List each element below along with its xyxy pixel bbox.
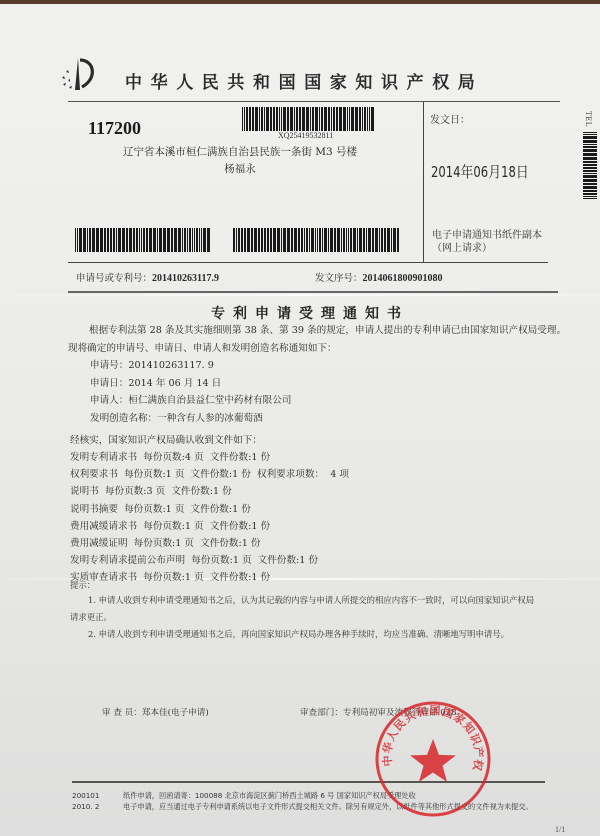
postcode: 117200 xyxy=(88,118,141,139)
list-item: 说明书摘要 每份页数:1 页 文件份数:1 份 xyxy=(70,501,349,518)
barcode-caption: XQ25419532811 xyxy=(278,131,333,140)
serial-number-row: 发文序号：2014061800901080 xyxy=(315,270,443,284)
paper-fold xyxy=(0,294,600,296)
page-number: 1/1 xyxy=(555,825,565,834)
mailing-address: 辽宁省本溪市桓仁满族自治县民族一条街 M3 号楼 杨福永 xyxy=(120,144,360,178)
application-number-row: 申请号或专利号：201410263117.9 xyxy=(76,270,219,284)
application-number: 201410263117.9 xyxy=(152,273,219,284)
notice-title: 专利申请受理通知书 xyxy=(0,303,600,323)
application-barcode xyxy=(75,228,211,252)
cnipa-logo-icon xyxy=(58,56,104,92)
examiner-row: 审 查 员：郑本佳(电子申请) xyxy=(102,706,209,718)
header-divider xyxy=(68,101,560,102)
copy-note: 电子申请通知书纸件副本（网上请求） xyxy=(432,229,550,255)
field-application-no: 申请号：201410263117. 9 xyxy=(90,357,291,375)
examiner-label: 审 查 员： xyxy=(102,708,142,718)
meta-divider-top xyxy=(68,262,548,263)
official-seal-icon: 中华人民共和国国家知识产权局 xyxy=(373,699,493,819)
side-code: TEL xyxy=(584,111,592,127)
list-item: 费用减缓请求书 每份页数:1 页 文件份数:1 份 xyxy=(70,518,349,535)
application-fields: 申请号：201410263117. 9 申请日：2014 年 06 月 14 日… xyxy=(90,357,291,427)
serial-number: 2014061800901080 xyxy=(363,273,443,284)
issue-date: 2014年06月18日 xyxy=(431,161,529,182)
list-item: 发明专利请求提前公布声明 每份页数:1 页 文件份数:1 份 xyxy=(70,552,349,569)
field-applicant: 申请人：桓仁满族自治县益仁堂中药材有限公司 xyxy=(90,392,291,410)
field-filing-date: 申请日：2014 年 06 月 14 日 xyxy=(90,375,291,393)
received-documents-list: 发明专利请求书 每份页数:4 页 文件份数:1 份 权利要求书 每份页数:1 页… xyxy=(70,449,349,587)
list-item: 权利要求书 每份页数:1 页 文件份数:1 份 权利要求项数： 4 项 xyxy=(70,466,349,483)
list-item: 说明书 每份页数:3 页 文件份数:1 份 xyxy=(70,483,349,500)
recipient-name: 杨福永 xyxy=(120,161,360,178)
tracking-barcode xyxy=(242,107,375,131)
meta-divider-bottom xyxy=(68,291,558,293)
issue-date-label: 发文日： xyxy=(430,111,470,126)
application-number-label: 申请号或专利号： xyxy=(76,273,152,284)
form-code: 200101 2010. 2 xyxy=(72,790,99,812)
examiner-name: 郑本佳(电子申请) xyxy=(142,708,209,718)
serial-barcode xyxy=(233,228,400,252)
hint-1: 1. 申请人收到专利申请受理通知书之后，认为其记载的内容与申请人所提交的相应内容… xyxy=(70,592,540,625)
office-title: 中华人民共和国国家知识产权局 xyxy=(125,68,483,93)
list-item: 发明专利请求书 每份页数:4 页 文件份数:1 份 xyxy=(70,449,349,466)
list-item: 费用减缓证明 每份页数:1 页 文件份数:1 份 xyxy=(70,535,349,552)
department-label: 审查部门： xyxy=(300,708,343,718)
side-barcode xyxy=(583,132,597,200)
address-line: 辽宁省本溪市桓仁满族自治县民族一条街 M3 号楼 xyxy=(120,144,360,161)
received-intro: 经核实，国家知识产权局确认收到文件如下： xyxy=(70,432,262,450)
hint-2: 2. 申请人收到专利申请受理通知书之后，再向国家知识产权局办理各种手续时，均应当… xyxy=(70,626,560,643)
serial-number-label: 发文序号： xyxy=(315,273,363,284)
issue-box-divider xyxy=(423,102,424,262)
field-invention-title: 发明创造名称：一种含有人参的冰葡萄酒 xyxy=(90,410,291,428)
list-item: 实质审查请求书 每份页数:1 页 文件份数:1 份 xyxy=(70,569,349,586)
notice-document: 中华人民共和国国家知识产权局 117200 XQ25419532811 辽宁省本… xyxy=(0,4,600,836)
notice-intro: 根据专利法第 28 条及其实施细则第 38 条、第 39 条的规定，申请人提出的… xyxy=(68,322,568,357)
